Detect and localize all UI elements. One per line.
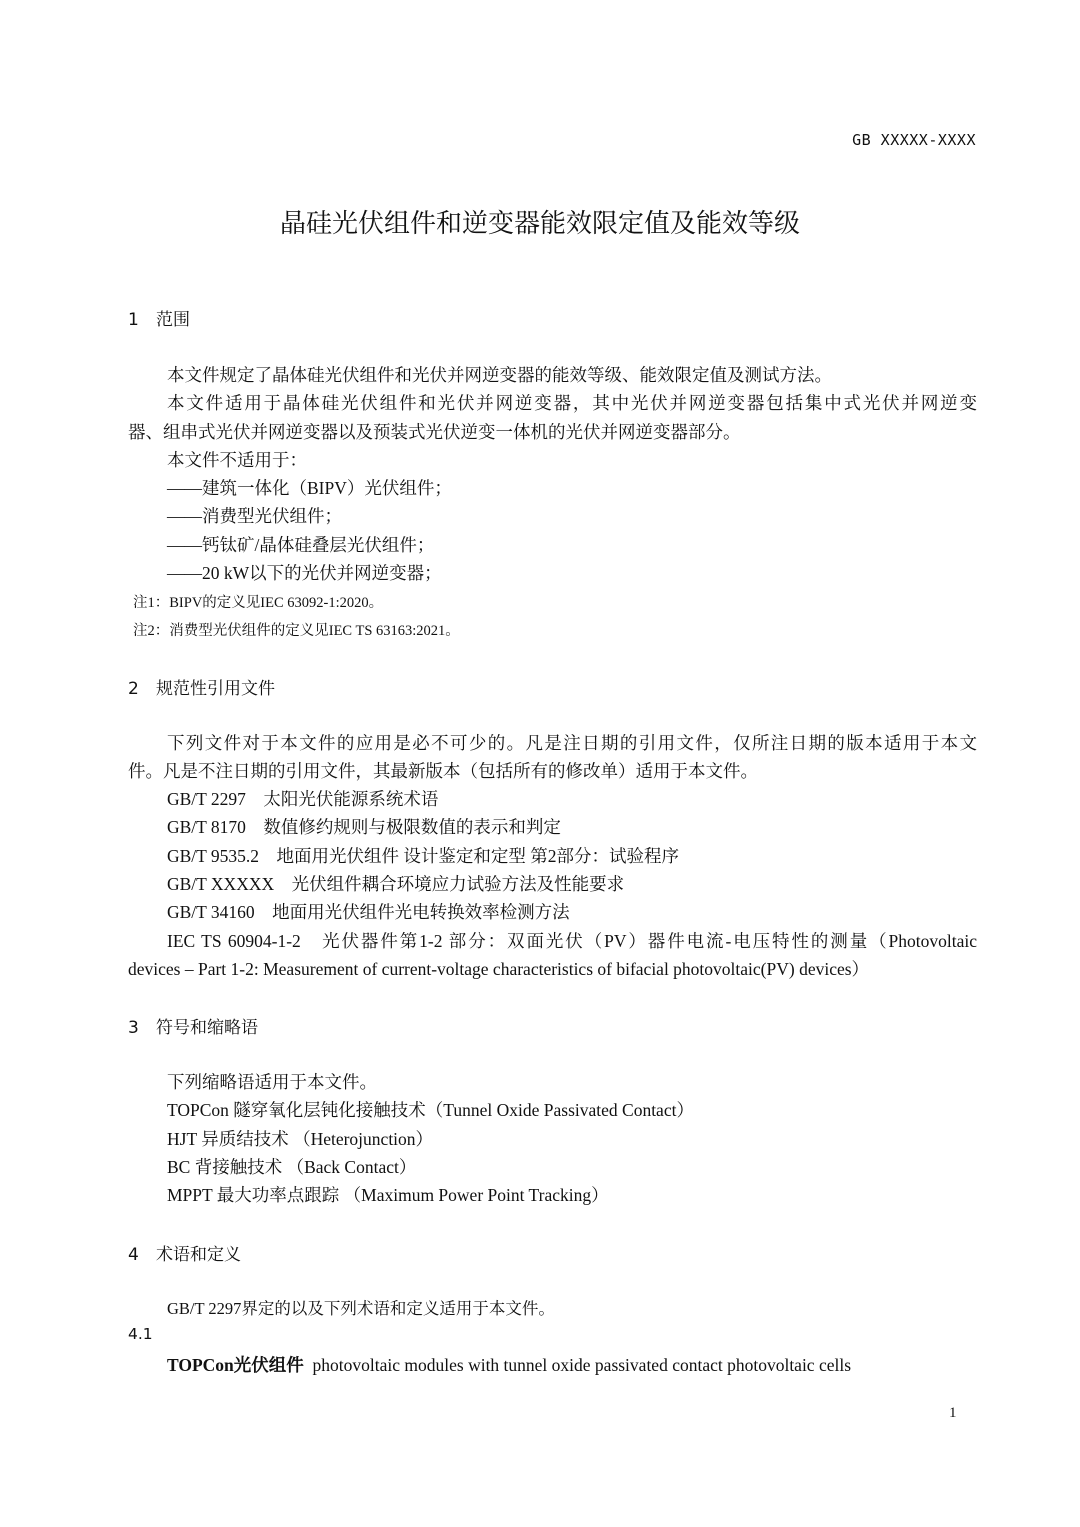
reference-title: 太阳光伏能源系统术语 [263, 789, 438, 809]
section-number: 1 [128, 310, 156, 330]
reference-item: GB/T 34160 地面用光伏组件光电转换效率检测方法 [167, 899, 570, 924]
abbreviation-item: TOPCon 隧穿氧化层钝化接触技术（Tunnel Oxide Passivat… [167, 1097, 694, 1122]
paragraph: 本文件规定了晶体硅光伏组件和光伏并网逆变器的能效等级、能效限定值及测试方法。 [167, 362, 832, 387]
abbreviation-item: MPPT 最大功率点跟踪 （Maximum Power Point Tracki… [167, 1182, 609, 1207]
document-page: GB XXXXX-XXXX 晶硅光伏组件和逆变器能效限定值及能效等级 1范围 本… [0, 0, 1080, 1527]
page-number: 1 [949, 1405, 957, 1422]
reference-code: GB/T 34160 [167, 902, 255, 922]
term-english: photovoltaic modules with tunnel oxide p… [313, 1355, 852, 1375]
reference-item: GB/T 2297 太阳光伏能源系统术语 [167, 786, 438, 811]
reference-title: 地面用光伏组件 设计鉴定和定型 第2部分：试验程序 [277, 846, 680, 866]
reference-title: 数值修约规则与极限数值的表示和判定 [263, 817, 561, 837]
reference-item: GB/T XXXXX 光伏组件耦合环境应力试验方法及性能要求 [167, 871, 624, 896]
list-item: ——20 kW以下的光伏并网逆变器； [167, 560, 442, 585]
reference-code: GB/T XXXXX [167, 874, 274, 894]
abbreviation-item: BC 背接触技术 （Back Contact） [167, 1154, 416, 1179]
section-1-heading: 1范围 [128, 305, 190, 330]
paragraph: 件。凡是不注日期的引用文件，其最新版本（包括所有的修改单）适用于本文件。 [128, 758, 758, 783]
section-3-heading: 3符号和缩略语 [128, 1013, 258, 1038]
reference-code: GB/T 9535.2 [167, 846, 259, 866]
paragraph: 本文件不适用于： [167, 447, 307, 472]
note: 注2：消费型光伏组件的定义见IEC TS 63163:2021。 [133, 619, 460, 640]
reference-item: GB/T 9535.2 地面用光伏组件 设计鉴定和定型 第2部分：试验程序 [167, 843, 679, 868]
section-title: 符号和缩略语 [156, 1018, 258, 1038]
section-2-heading: 2规范性引用文件 [128, 674, 275, 699]
section-number: 3 [128, 1018, 156, 1038]
term-chinese: TOPCon光伏组件 [167, 1355, 304, 1375]
reference-code: GB/T 8170 [167, 817, 246, 837]
reference-code: GB/T 2297 [167, 789, 246, 809]
section-title: 术语和定义 [156, 1245, 241, 1265]
reference-title: 地面用光伏组件光电转换效率检测方法 [272, 902, 570, 922]
section-number: 2 [128, 679, 156, 699]
document-title: 晶硅光伏组件和逆变器能效限定值及能效等级 [0, 203, 1080, 240]
list-item: ——消费型光伏组件； [167, 503, 342, 528]
paragraph: 下列文件对于本文件的应用是必不可少的。凡是注日期的引用文件，仅所注日期的版本适用… [167, 730, 977, 755]
reference-title: 光伏组件耦合环境应力试验方法及性能要求 [292, 874, 625, 894]
list-item: ——钙钛矿/晶体硅叠层光伏组件； [167, 532, 434, 557]
paragraph: 器、组串式光伏并网逆变器以及预装式光伏逆变一体机的光伏并网逆变器部分。 [128, 419, 741, 444]
section-title: 规范性引用文件 [156, 679, 275, 699]
subsection-number: 4.1 [128, 1325, 153, 1343]
paragraph: 下列缩略语适用于本文件。 [167, 1069, 377, 1094]
term-entry: TOPCon光伏组件 photovoltaic modules with tun… [167, 1352, 851, 1377]
section-number: 4 [128, 1245, 156, 1265]
paragraph: GB/T 2297界定的以及下列术语和定义适用于本文件。 [167, 1295, 555, 1319]
list-item: ——建筑一体化（BIPV）光伏组件； [167, 475, 452, 500]
section-4-heading: 4术语和定义 [128, 1240, 241, 1265]
standard-code: GB XXXXX-XXXX [852, 131, 976, 149]
abbreviation-item: HJT 异质结技术 （Heterojunction） [167, 1126, 433, 1151]
paragraph: 本文件适用于晶体硅光伏组件和光伏并网逆变器，其中光伏并网逆变器包括集中式光伏并网… [167, 390, 977, 415]
reference-item: devices – Part 1-2: Measurement of curre… [128, 956, 869, 981]
reference-item: GB/T 8170 数值修约规则与极限数值的表示和判定 [167, 814, 561, 839]
note: 注1：BIPV的定义见IEC 63092-1:2020。 [133, 591, 383, 612]
section-title: 范围 [156, 310, 190, 330]
reference-item: IEC TS 60904-1-2 光伏器件第1-2 部分：双面光伏（PV）器件电… [167, 928, 977, 953]
